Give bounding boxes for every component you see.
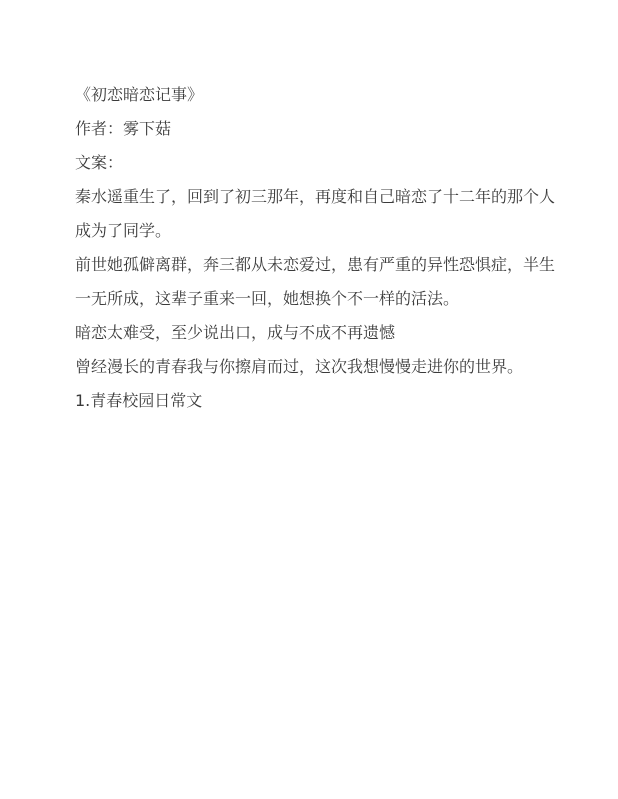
synopsis-paragraph: 前世她孤僻离群，奔三都从未恋爱过，患有严重的异性恐惧症，半生一无所成，这辈子重来… xyxy=(75,248,567,316)
synopsis-content: 《初恋暗恋记事》 作者：雾下菇 文案： 秦水遥重生了，回到了初三那年，再度和自己… xyxy=(75,78,567,418)
synopsis-label: 文案： xyxy=(75,146,567,180)
document-page: 《初恋暗恋记事》 作者：雾下菇 文案： 秦水遥重生了，回到了初三那年，再度和自己… xyxy=(0,0,618,799)
novel-title: 《初恋暗恋记事》 xyxy=(75,78,567,112)
synopsis-paragraph: 秦水遥重生了，回到了初三那年，再度和自己暗恋了十二年的那个人成为了同学。 xyxy=(75,180,567,248)
author-line: 作者：雾下菇 xyxy=(75,112,567,146)
synopsis-paragraph: 曾经漫长的青春我与你擦肩而过，这次我想慢慢走进你的世界。 xyxy=(75,350,567,384)
synopsis-paragraph: 暗恋太难受，至少说出口，成与不成不再遗憾 xyxy=(75,316,567,350)
tags-line: 1.青春校园日常文 xyxy=(75,384,567,418)
